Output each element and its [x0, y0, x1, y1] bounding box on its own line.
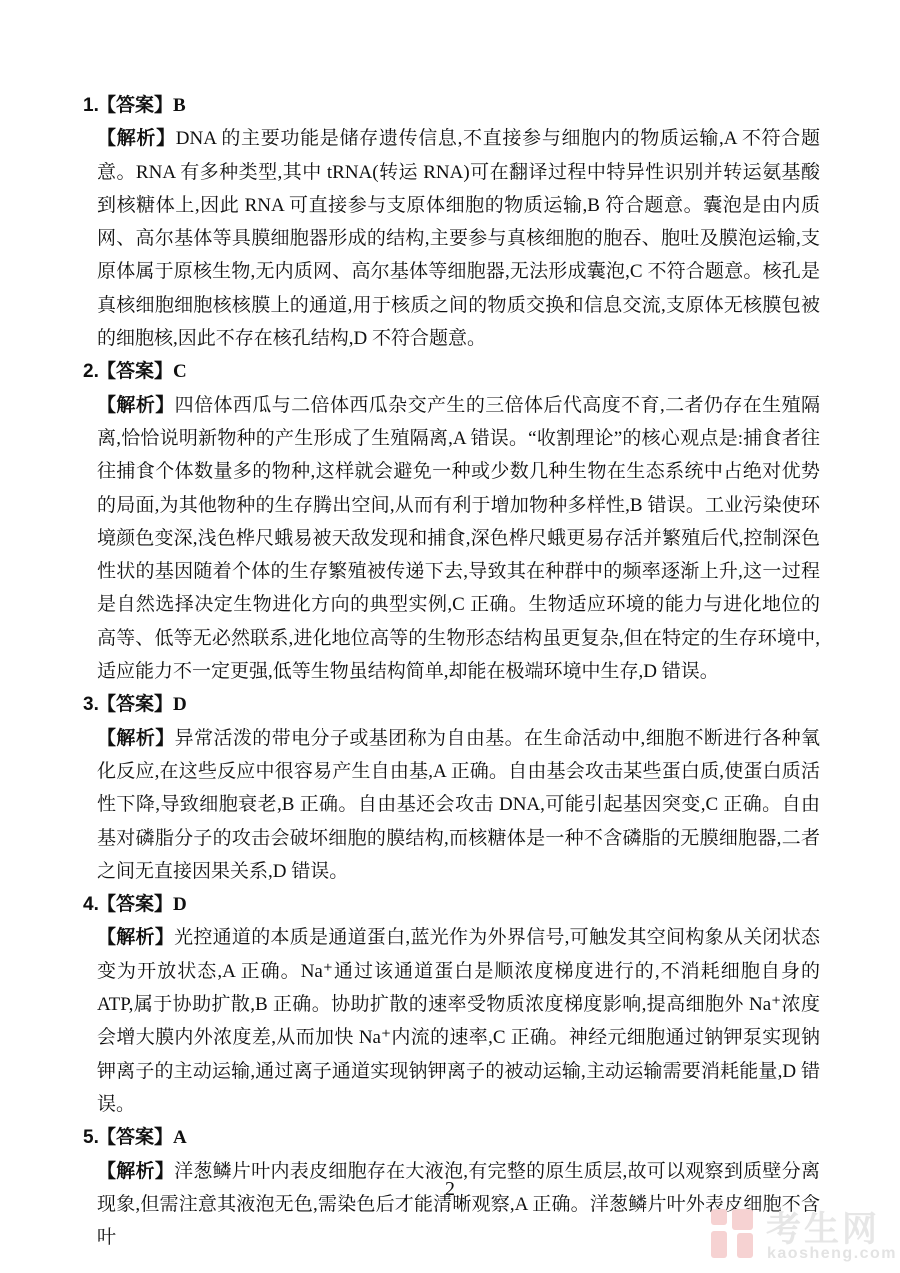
logo-block-bottom-right — [737, 1233, 753, 1258]
analysis-text: 四倍体西瓜与二倍体西瓜杂交产生的三倍体后代高度不育,二者仍存在生殖隔离,恰恰说明… — [97, 395, 820, 682]
answer-line: 3.【答案】D — [97, 688, 820, 721]
answer-label: 【答案】 — [97, 694, 173, 715]
analysis-paragraph: 【解析】异常活泼的带电分子或基团称为自由基。在生命活动中,细胞不断进行各种氧化反… — [97, 722, 820, 888]
qa-item-1: 1.【答案】B 【解析】DNA 的主要功能是储存遗传信息,不直接参与细胞内的物质… — [97, 89, 820, 355]
answer-line: 1.【答案】B — [97, 89, 820, 122]
kaosheng-domain-text: kaosheng.com — [767, 1245, 897, 1263]
answer-value: C — [173, 361, 187, 382]
answer-label: 【答案】 — [97, 1127, 173, 1148]
answer-value: B — [173, 95, 186, 116]
answer-line: 5.【答案】A — [97, 1121, 820, 1154]
page-number: 2 — [0, 1178, 900, 1201]
qa-item-2: 2.【答案】C 【解析】四倍体西瓜与二倍体西瓜杂交产生的三倍体后代高度不育,二者… — [97, 355, 820, 688]
document-page: 1.【答案】B 【解析】DNA 的主要功能是储存遗传信息,不直接参与细胞内的物质… — [0, 0, 900, 1273]
answer-label: 【答案】 — [97, 361, 173, 382]
answer-value: D — [173, 694, 187, 715]
logo-block-top-left — [711, 1209, 727, 1225]
item-number: 5. — [83, 1121, 97, 1154]
qa-item-4: 4.【答案】D 【解析】光控通道的本质是通道蛋白,蓝光作为外界信号,可触发其空间… — [97, 888, 820, 1121]
answer-line: 4.【答案】D — [97, 888, 820, 921]
analysis-label: 【解析】 — [97, 728, 175, 749]
answer-line: 2.【答案】C — [97, 355, 820, 388]
analysis-paragraph: 【解析】光控通道的本质是通道蛋白,蓝光作为外界信号,可触发其空间构象从关闭状态变… — [97, 921, 820, 1121]
analysis-text: 光控通道的本质是通道蛋白,蓝光作为外界信号,可触发其空间构象从关闭状态变为开放状… — [97, 927, 820, 1114]
logo-block-top-right — [732, 1209, 753, 1230]
item-number: 4. — [83, 888, 97, 921]
analysis-label: 【解析】 — [97, 395, 175, 416]
analysis-paragraph: 【解析】四倍体西瓜与二倍体西瓜杂交产生的三倍体后代高度不育,二者仍存在生殖隔离,… — [97, 389, 820, 689]
logo-block-bottom-left — [711, 1231, 727, 1258]
answer-label: 【答案】 — [97, 894, 173, 915]
answer-value: A — [173, 1127, 187, 1148]
analysis-label: 【解析】 — [97, 128, 176, 149]
kaosheng-logo-icon — [711, 1209, 755, 1258]
analysis-text: 异常活泼的带电分子或基团称为自由基。在生命活动中,细胞不断进行各种氧化反应,在这… — [97, 728, 820, 882]
analysis-label: 【解析】 — [97, 927, 174, 948]
item-number: 3. — [83, 688, 97, 721]
item-number: 2. — [83, 355, 97, 388]
answer-value: D — [173, 894, 187, 915]
analysis-text: DNA 的主要功能是储存遗传信息,不直接参与细胞内的物质运输,A 不符合题意。R… — [97, 128, 820, 349]
item-number: 1. — [83, 89, 97, 122]
qa-item-3: 3.【答案】D 【解析】异常活泼的带电分子或基团称为自由基。在生命活动中,细胞不… — [97, 688, 820, 888]
answer-label: 【答案】 — [97, 95, 173, 116]
analysis-paragraph: 【解析】DNA 的主要功能是储存遗传信息,不直接参与细胞内的物质运输,A 不符合… — [97, 122, 820, 355]
answers-content: 1.【答案】B 【解析】DNA 的主要功能是储存遗传信息,不直接参与细胞内的物质… — [83, 89, 820, 1254]
